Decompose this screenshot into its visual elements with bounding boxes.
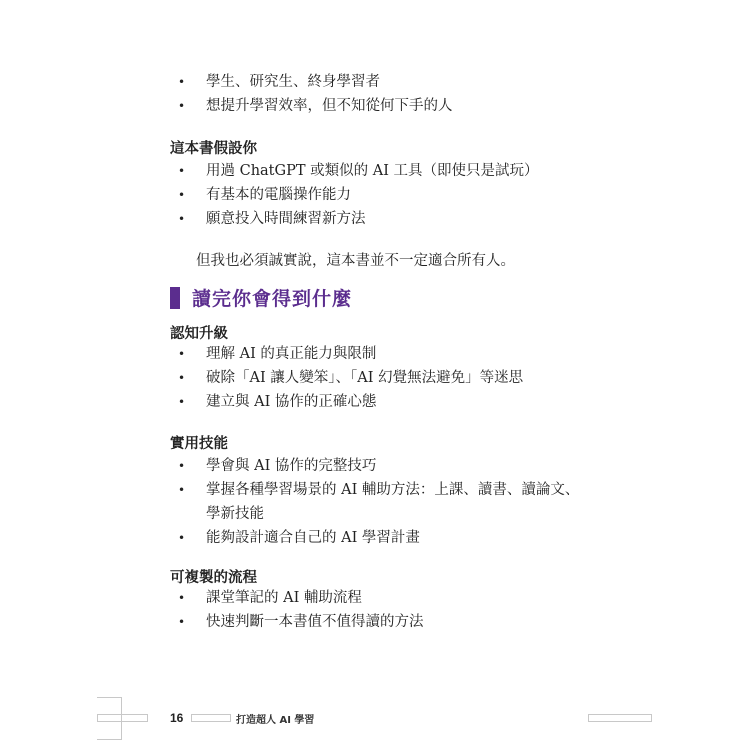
bullet-icon: • (178, 207, 206, 231)
bullet-icon: • (178, 526, 206, 550)
running-title: 打造超人 AI 學習 (236, 711, 314, 726)
section-marker-icon (170, 287, 180, 309)
bullet-icon: • (178, 342, 206, 366)
list-item: •掌握各種學習場景的 AI 輔助方法：上課、讀書、讀論文、學新技能 (178, 478, 579, 526)
book-page: •學生、研究生、終身學習者 •想提升學習效率，但不知從何下手的人 這本書假設你 … (0, 0, 750, 750)
bullet-icon: • (178, 454, 206, 478)
bullet-icon: • (178, 94, 206, 118)
bullet-icon: • (178, 159, 206, 183)
group-heading-skills: 實用技能 (170, 432, 228, 453)
bullet-icon: • (178, 390, 206, 414)
list-item: •用過 ChatGPT 或類似的 AI 工具（即使只是試玩） (178, 159, 539, 183)
assumptions-heading: 這本書假設你 (170, 137, 257, 158)
list-item: •破除「AI 讓人變笨」、「AI 幻覺無法避免」等迷思 (178, 366, 523, 390)
group-bullet-list-workflow: •課堂筆記的 AI 輔助流程 •快速判斷一本書值不值得讀的方法 (178, 586, 424, 634)
list-item: •建立與 AI 協作的正確心態 (178, 390, 523, 414)
page-number: 16 (170, 711, 183, 725)
bullet-icon: • (178, 366, 206, 390)
crop-mark-bottom (97, 739, 121, 740)
list-item: •快速判斷一本書值不值得讀的方法 (178, 610, 424, 634)
bullet-icon: • (178, 610, 206, 634)
list-item: •學會與 AI 協作的完整技巧 (178, 454, 579, 478)
bullet-icon: • (178, 586, 206, 610)
group-heading-workflow: 可複製的流程 (170, 566, 257, 587)
section-heading: 讀完你會得到什麼 (170, 284, 352, 311)
section-title: 讀完你會得到什麼 (192, 284, 352, 311)
bullet-icon: • (178, 70, 206, 94)
group-bullet-list-cognitive: •理解 AI 的真正能力與限制 •破除「AI 讓人變笨」、「AI 幻覺無法避免」… (178, 342, 523, 414)
bullet-icon: • (178, 183, 206, 207)
crop-mark-top (97, 697, 121, 698)
list-item: •課堂筆記的 AI 輔助流程 (178, 586, 424, 610)
footer-rule-right (588, 714, 652, 722)
intro-bullet-list: •學生、研究生、終身學習者 •想提升學習效率，但不知從何下手的人 (178, 70, 453, 118)
list-item: •有基本的電腦操作能力 (178, 183, 539, 207)
list-item: •願意投入時間練習新方法 (178, 207, 539, 231)
bullet-icon: • (178, 478, 206, 502)
list-item: •想提升學習效率，但不知從何下手的人 (178, 94, 453, 118)
footer-rule-middle (191, 714, 231, 722)
disclaimer-paragraph: 但我也必須誠實說，這本書並不一定適合所有人。 (196, 249, 515, 270)
list-item: •能夠設計適合自己的 AI 學習計畫 (178, 526, 579, 550)
group-heading-cognitive: 認知升級 (170, 322, 228, 343)
list-item: •學生、研究生、終身學習者 (178, 70, 453, 94)
assumptions-bullet-list: •用過 ChatGPT 或類似的 AI 工具（即使只是試玩） •有基本的電腦操作… (178, 159, 539, 231)
group-bullet-list-skills: •學會與 AI 協作的完整技巧 •掌握各種學習場景的 AI 輔助方法：上課、讀書… (178, 454, 579, 550)
list-item: •理解 AI 的真正能力與限制 (178, 342, 523, 366)
footer-rule-left (97, 714, 148, 722)
